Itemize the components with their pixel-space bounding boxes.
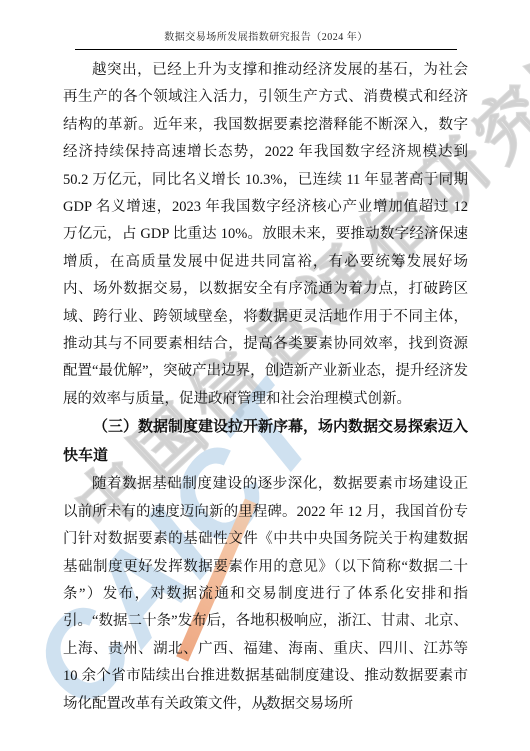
header-title: 数据交易场所发展指数研究报告（2024 年） [164,32,368,43]
body-paragraph-2: 随着数据基础制度建设的逐步深化，数据要素市场建设正以前所未有的速度迈向新的里程碑… [63,471,468,718]
page-number: 2 [262,702,267,713]
document-body: 越突出，已经上升为支撑和推动经济发展的基石，为社会再生产的各个领域注入活力，引领… [63,57,468,718]
section-heading: （三）数据制度建设拉开新序幕，场内数据交易探索迈入快车道 [63,413,468,471]
body-paragraph-1: 越突出，已经上升为支撑和推动经济发展的基石，为社会再生产的各个领域注入活力，引领… [63,57,468,413]
page-header: 数据交易场所发展指数研究报告（2024 年） [75,28,457,50]
document-page: 中国信息通信研究院 CAICT 数据交易场所发展指数研究报告（2024 年） 越… [0,0,530,751]
page-footer: 2 [0,702,530,713]
